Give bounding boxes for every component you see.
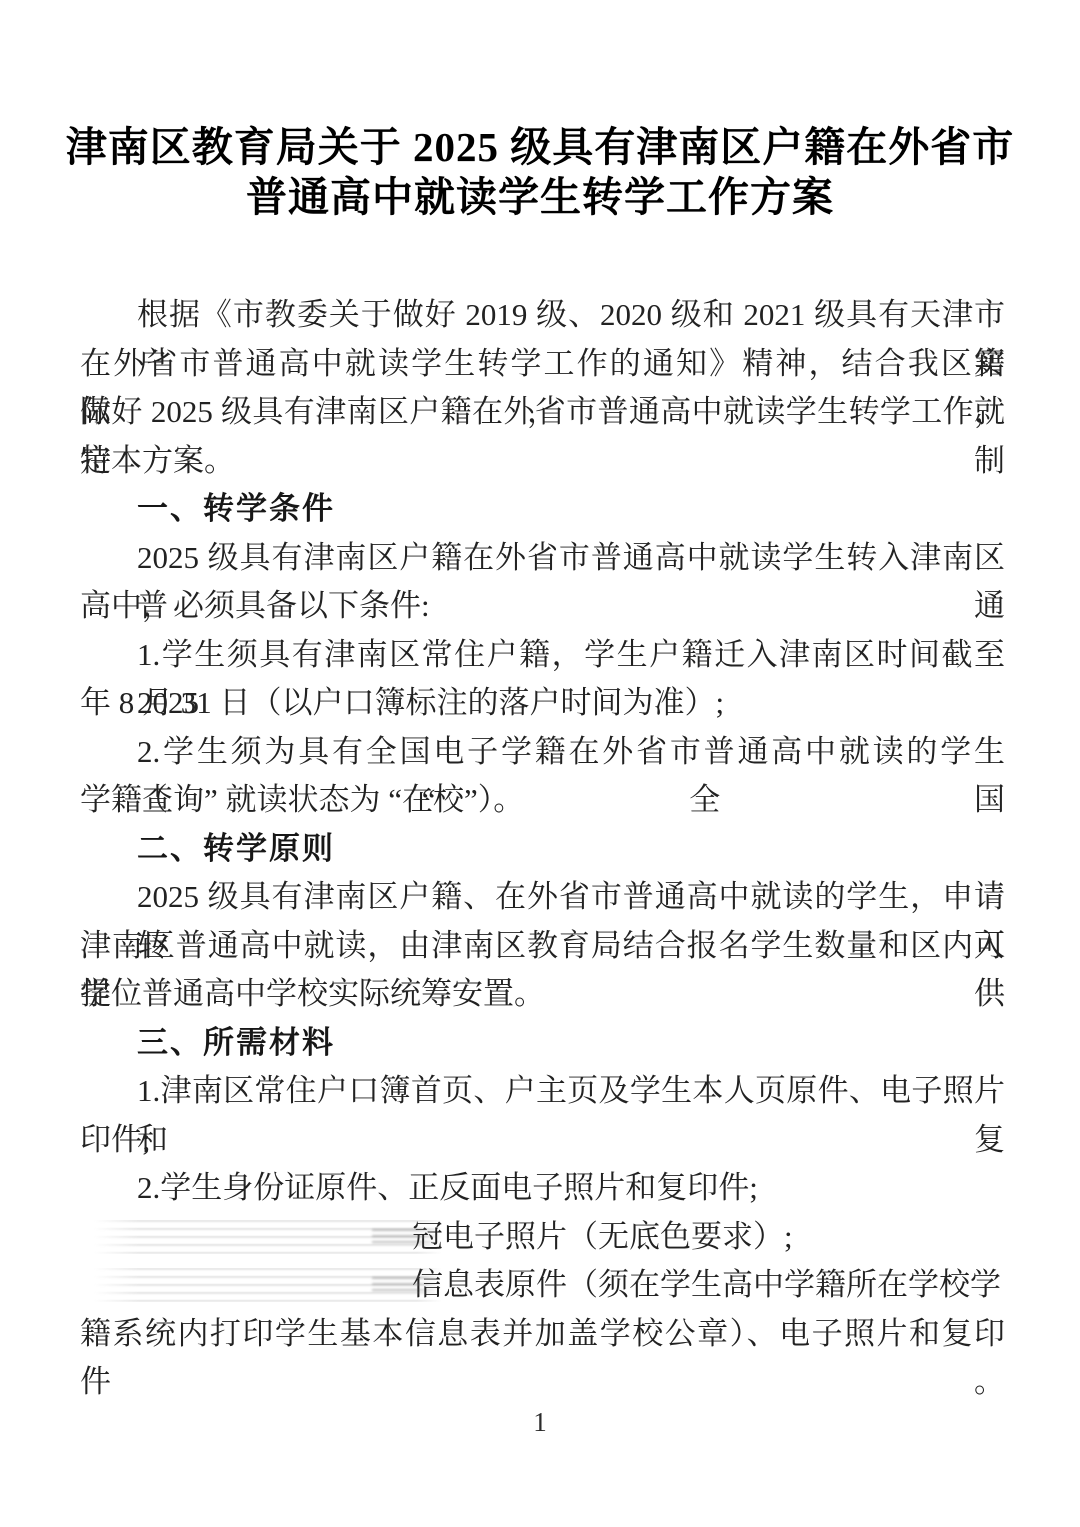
page-number: 1 bbox=[0, 1402, 1080, 1442]
document-title: 津南区教育局关于 2025 级具有津南区户籍在外省市 普通高中就读学生转学工作方… bbox=[0, 122, 1080, 222]
section-heading: 三、所需材料 bbox=[80, 1019, 1005, 1068]
section-heading: 一、转学条件 bbox=[80, 485, 1005, 534]
text-line: 在外省市普通高中就读学生转学工作的通知》精神，结合我区实际，就 bbox=[80, 340, 1005, 389]
text-line: 2.学生身份证原件、正反面电子照片和复印件; bbox=[80, 1164, 1005, 1213]
redaction-smudge bbox=[94, 1268, 442, 1302]
document-title-line-1: 津南区教育局关于 2025 级具有津南区户籍在外省市 bbox=[66, 124, 1015, 170]
text-line: 1.津南区常住户口簿首页、户主页及学生本人页原件、电子照片和复 bbox=[80, 1067, 1005, 1116]
text-line: 做好 2025 级具有津南区户籍在外省市普通高中就读学生转学工作，特制 bbox=[80, 388, 1005, 437]
text-line-fragment: 信息表原件（须在学生高中学籍所在学校学 bbox=[412, 1261, 1001, 1310]
text-line-fragment: 冠电子照片（无底色要求）; bbox=[412, 1213, 793, 1262]
document-title-line-2: 普通高中就读学生转学工作方案 bbox=[246, 174, 834, 220]
section-heading: 二、转学原则 bbox=[80, 825, 1005, 874]
text-line: 2.学生须为具有全国电子学籍在外省市普通高中就读的学生（“全国 bbox=[80, 728, 1005, 777]
text-line: 信息表原件（须在学生高中学籍所在学校学 bbox=[80, 1261, 1005, 1310]
document-body: 根据《市教委关于做好 2019 级、2020 级和 2021 级具有天津市户籍在… bbox=[80, 291, 1005, 1358]
text-line: 籍系统内打印学生基本信息表并加盖学校公章）、电子照片和复印件。 bbox=[80, 1310, 1005, 1359]
text-line: 津南区普通高中就读，由津南区教育局结合报名学生数量和区内可提供 bbox=[80, 922, 1005, 971]
text-line: 冠电子照片（无底色要求）; bbox=[80, 1213, 1005, 1262]
document-page: 津南区教育局关于 2025 级具有津南区户籍在外省市 普通高中就读学生转学工作方… bbox=[0, 0, 1080, 1527]
text-line: 1.学生须具有津南区常住户籍，学生户籍迁入津南区时间截至 2025 bbox=[80, 631, 1005, 680]
text-line: 年 8 月 31 日（以户口簿标注的落户时间为准）; bbox=[80, 679, 1005, 728]
text-line: 2025 级具有津南区户籍、在外省市普通高中就读的学生，申请转入 bbox=[80, 873, 1005, 922]
redaction-smudge bbox=[94, 1220, 442, 1254]
text-line: 2025 级具有津南区户籍在外省市普通高中就读学生转入津南区普通 bbox=[80, 534, 1005, 583]
text-line: 根据《市教委关于做好 2019 级、2020 级和 2021 级具有天津市户籍 bbox=[80, 291, 1005, 340]
